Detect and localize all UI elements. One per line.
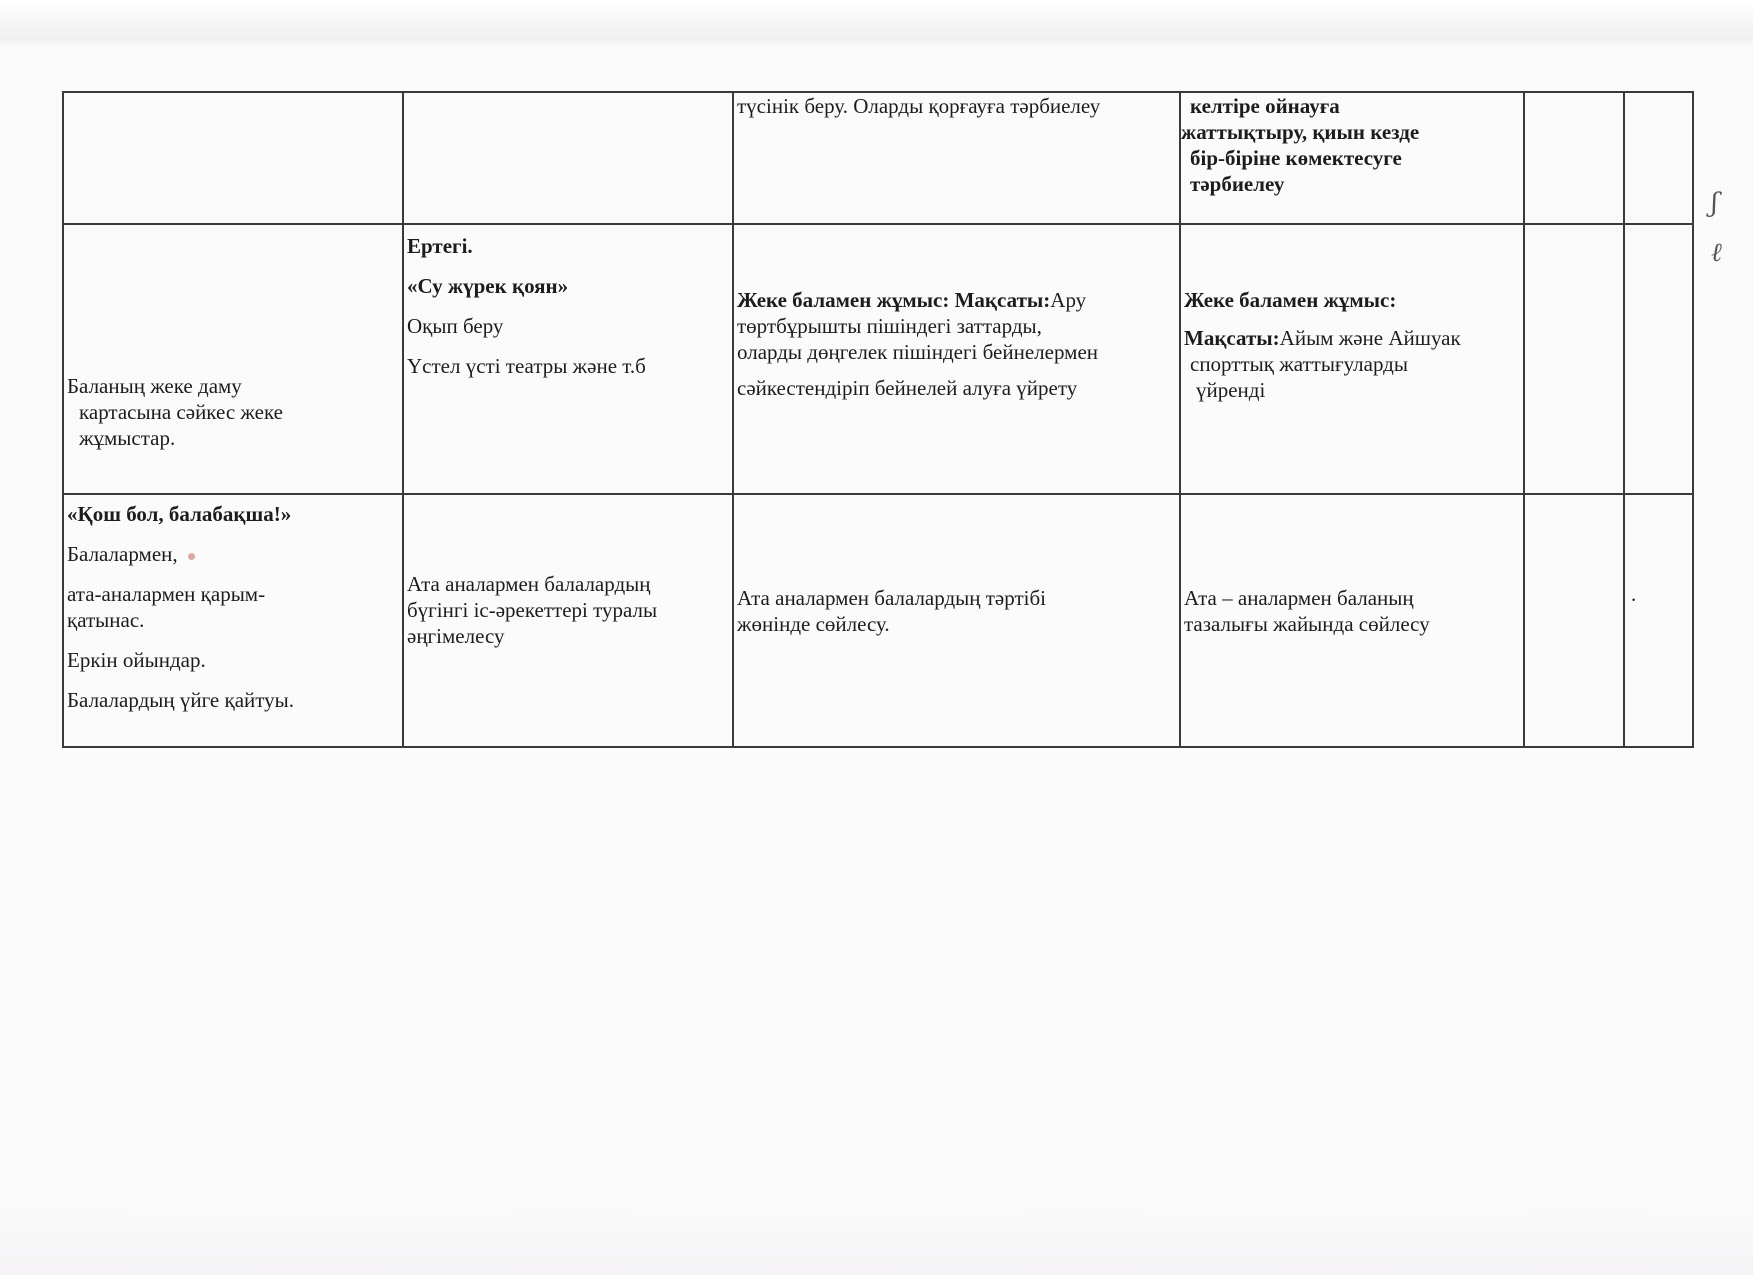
cell-r2-c2: Ертегі. «Су жүрек қоян» Оқып беру Үстел … [403,224,733,494]
daily-plan-table: түсінік беру. Оларды қорғауға тәрбиелеу … [62,91,1694,748]
table-row: «Қош бол, балабақша!» Балалармен, ата-ан… [63,494,1693,747]
margin-handwritten-mark: ʃ [1711,188,1718,218]
cell-r3-c3: Ата аналармен балалардың тәртібі жөнінде… [733,494,1180,747]
cell-text: әңгімелесу [407,623,732,649]
cell-r2-c5 [1524,224,1624,494]
cell-text: Жеке баламен жұмыс: Мақсаты:Ару [737,287,1179,313]
cell-text: Мақсаты:Айым және Айшуак [1184,325,1523,351]
cell-text: жөнінде сөйлесу. [737,611,1179,637]
cell-text: келтіре ойнауға [1184,93,1523,119]
scan-top-edge [0,0,1753,44]
cell-r3-c6: . [1624,494,1693,747]
cell-text: түсінік беру. Оларды қорғауға тәрбиелеу [737,93,1179,119]
cell-r1-c4: келтіре ойнауға жаттықтыру, қиын кезде б… [1180,92,1524,224]
cell-text: Ата аналармен балалардың [407,571,732,597]
cell-text: ата-аналармен қарым- [67,581,402,607]
table-row: Баланың жеке даму картасына сәйкес жеке … [63,224,1693,494]
cell-r2-c6 [1624,224,1693,494]
cell-text: бүгінгі іс-әрекеттері туралы [407,597,732,623]
cell-text: Балалармен, [67,541,402,567]
cell-text: Балалардың үйге қайтуы. [67,687,402,713]
cell-text: жұмыстар. [67,425,402,451]
label-goal: Мақсаты: [1184,326,1280,350]
cell-r1-c2 [403,92,733,224]
cell-r2-c4: Жеке баламен жұмыс: Мақсаты:Айым және Ай… [1180,224,1524,494]
cell-text: Ата – аналармен баланың [1184,585,1523,611]
cell-text: төртбұрышты пішіндегі заттарды, [737,313,1179,339]
cell-text: Ару [1050,288,1086,312]
cell-r1-c1 [63,92,403,224]
table-row: түсінік беру. Оларды қорғауға тәрбиелеу … [63,92,1693,224]
cell-text: Еркін ойындар. [67,647,402,673]
cell-r3-c5 [1524,494,1624,747]
cell-text: тәрбиелеу [1184,171,1523,197]
section-title: «Қош бол, балабақша!» [67,501,402,527]
cell-text: үйренді [1184,377,1523,403]
cell-text: Баланың жеке даму [67,373,402,399]
cell-r2-c1: Баланың жеке даму картасына сәйкес жеке … [63,224,403,494]
cell-r1-c6 [1624,92,1693,224]
ink-stain [188,553,195,560]
cell-text: тазалығы жайында сөйлесу [1184,611,1523,637]
cell-text: спорттық жаттығуларды [1184,351,1523,377]
story-title: «Су жүрек қоян» [407,273,732,299]
cell-r3-c4: Ата – аналармен баланың тазалығы жайында… [1180,494,1524,747]
cell-r2-c3: Жеке баламен жұмыс: Мақсаты:Ару төртбұры… [733,224,1180,494]
cell-text: қатынас. [67,607,402,633]
cell-r1-c5 [1524,92,1624,224]
story-heading: Ертегі. [407,233,732,259]
cell-text: сәйкестендіріп бейнелей алуға үйрету [737,375,1179,401]
cell-text: Айым және Айшуак [1280,326,1461,350]
label-individual-work: Жеке баламен жұмыс: [1184,287,1523,313]
cell-text: Ата аналармен балалардың тәртібі [737,585,1179,611]
cell-r3-c1: «Қош бол, балабақша!» Балалармен, ата-ан… [63,494,403,747]
label-individual-work: Жеке баламен жұмыс: [737,288,955,312]
label-goal: Мақсаты: [955,288,1051,312]
cell-text: картасына сәйкес жеке [67,399,402,425]
cell-text: Үстел үсті театры және т.б [407,353,732,379]
cell-text: бір-біріне көмектесуге [1184,145,1523,171]
margin-handwritten-mark: ℓ [1711,238,1722,268]
cell-text: Оқып беру [407,313,732,339]
cell-text: Балалармен, [67,542,178,566]
cell-r3-c2: Ата аналармен балалардың бүгінгі іс-әрек… [403,494,733,747]
cell-text: оларды дөңгелек пішіндегі бейнелермен [737,339,1179,365]
cell-r1-c3: түсінік беру. Оларды қорғауға тәрбиелеу [733,92,1180,224]
cell-text: жаттықтыру, қиын кезде [1181,119,1523,145]
